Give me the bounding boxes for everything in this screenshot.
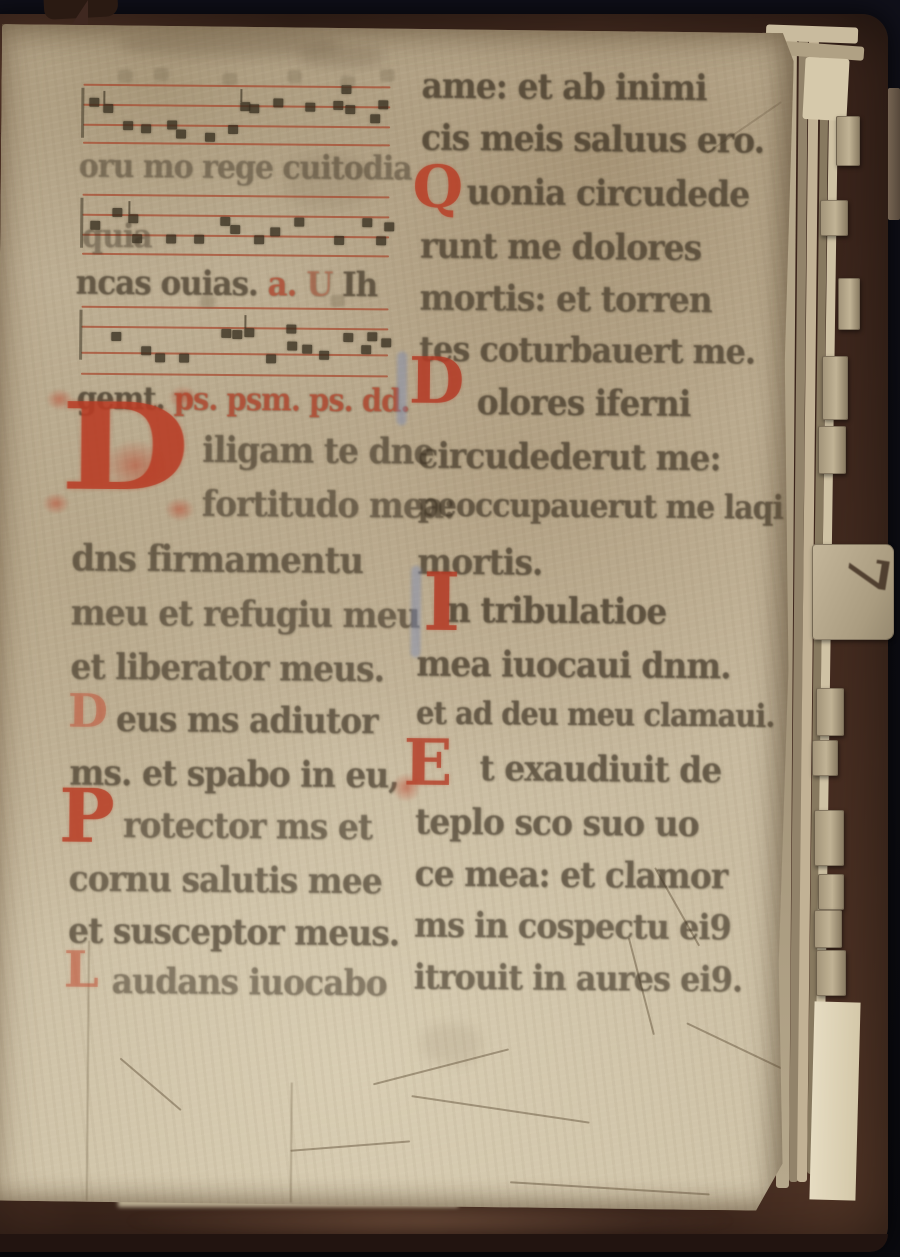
- neume-note: [205, 133, 215, 142]
- text-segment: a.: [267, 265, 306, 304]
- neume-stem: [103, 91, 105, 104]
- music-staff: [82, 194, 390, 277]
- clef-mark: [81, 88, 84, 138]
- parchment-page: oru mo rege cuitodiaquiancas ouias. a. U…: [0, 24, 794, 1211]
- manuscript-text-line: tes coturbauert me.: [419, 332, 755, 369]
- text-segment: ps. psm. ps. dd.: [174, 380, 410, 419]
- neume-ghost: [223, 74, 235, 84]
- neume-note: [132, 234, 142, 243]
- manuscript-text-line: audans iuocabo: [111, 963, 386, 1001]
- parchment-crease: [86, 941, 90, 1201]
- manuscript-text-line: mortis.: [417, 544, 542, 581]
- neume-stem: [240, 89, 242, 102]
- manuscript-text-line: olores iferni: [477, 384, 691, 422]
- staff-line: [82, 234, 389, 239]
- music-staff: [81, 306, 389, 389]
- bottom-right-page-edges: [809, 1001, 860, 1200]
- neume-note: [123, 121, 133, 130]
- staff-line: [83, 84, 390, 89]
- initial-P: P: [59, 787, 115, 848]
- neume-note: [167, 120, 177, 129]
- index-tab: [818, 874, 844, 910]
- manuscript-text-line: cornu salutis mee: [68, 861, 382, 899]
- manuscript-text-line: teplo sco suo uo: [415, 804, 699, 842]
- staff-line: [83, 194, 390, 199]
- manuscript-text-line: meu et refugiu meu: [71, 595, 420, 634]
- neume-note: [367, 332, 377, 341]
- initial-flourish: [102, 439, 167, 492]
- manuscript-text-line: ame: et ab inimi: [421, 68, 706, 106]
- manuscript-text-line: oru mo rege cuitodia: [79, 151, 412, 186]
- parchment-crack: [628, 938, 654, 1035]
- page-content: oru mo rege cuitodiaquiancas ouias. a. U…: [0, 0, 900, 1257]
- neume-stem: [244, 315, 246, 328]
- neume-note: [141, 346, 151, 355]
- initial-flourish: [165, 497, 195, 521]
- neume-note: [286, 324, 296, 333]
- neume-ghost: [332, 296, 344, 306]
- neume-note: [155, 353, 165, 362]
- neume-note: [333, 101, 343, 110]
- neume-note: [384, 222, 394, 231]
- neume-ghost: [341, 77, 353, 87]
- manuscript-text-line: fortitudo mea:: [202, 486, 455, 524]
- manuscript-text-line: mea iuocaui dnm.: [416, 646, 731, 684]
- manuscript-text-line: ms in cospectu ei9: [414, 908, 731, 945]
- clef-mark: [79, 310, 82, 360]
- neume-note: [220, 217, 230, 226]
- parchment-crease: [290, 1083, 293, 1203]
- staff-line: [83, 104, 390, 109]
- neume-note: [381, 338, 391, 347]
- neume-note: [345, 105, 355, 114]
- neume-note: [111, 332, 121, 341]
- neume-note: [228, 125, 238, 134]
- neume-note: [176, 130, 186, 139]
- manuscript-text-line: uonia circudede: [466, 174, 749, 212]
- initial-D: D: [68, 693, 108, 731]
- initial-flourish: [42, 492, 70, 514]
- neume-note: [128, 214, 138, 223]
- index-tab: [836, 116, 860, 166]
- neume-note: [376, 236, 386, 245]
- manuscript-text-line: n tribulatioe: [447, 592, 667, 630]
- manuscript-text-line: iligam te dne: [202, 432, 434, 470]
- initial-E: E: [403, 738, 452, 791]
- neume-note: [230, 225, 240, 234]
- neume-ghost: [202, 297, 214, 307]
- ink-bleedthrough: [300, 45, 384, 68]
- neume-note: [319, 351, 329, 360]
- ink-bleedthrough: [284, 152, 370, 209]
- neume-note: [370, 114, 380, 123]
- staff-line: [82, 306, 389, 311]
- neume-note: [305, 103, 315, 112]
- neume-ghost: [289, 72, 301, 82]
- manuscript-text-line: circudederut me:: [418, 438, 721, 476]
- parchment-crack: [510, 1181, 710, 1195]
- initial-flourish: [391, 773, 421, 803]
- index-tab: 7: [812, 544, 894, 640]
- tab-mark-7: 7: [833, 550, 897, 624]
- manuscript-text-line: peoccupauerut me laqi: [418, 490, 783, 526]
- neume-note: [287, 342, 297, 351]
- staff-line: [81, 352, 388, 357]
- manuscript-text-line: gemt. ps. psm. ps. dd.: [77, 383, 410, 417]
- neume-note: [343, 333, 353, 342]
- initial-I: I: [423, 570, 461, 636]
- neume-note: [141, 124, 151, 133]
- staff-line: [82, 214, 389, 219]
- initial-flourish: [46, 388, 74, 410]
- neume-note: [179, 354, 189, 363]
- parchment-crack: [120, 1058, 182, 1111]
- staff-line: [81, 373, 388, 378]
- parchment-crack: [411, 1095, 589, 1123]
- music-staff: [83, 84, 391, 167]
- manuscript-text-line: runt me dolores: [420, 228, 701, 266]
- stain: [421, 1024, 481, 1065]
- neume-note: [254, 235, 264, 244]
- neume-note: [103, 104, 113, 113]
- neume-note: [89, 98, 99, 107]
- neume-note: [232, 330, 242, 339]
- manuscript-text-line: ce mea: et clamor: [414, 856, 727, 894]
- background-object-sliver: [888, 88, 900, 220]
- parchment-crack: [290, 1140, 410, 1151]
- initial-L: L: [64, 949, 100, 990]
- index-tab: [814, 810, 844, 866]
- text-segment: U: [306, 265, 332, 304]
- initial-Q: Q: [412, 164, 463, 212]
- neume-note: [273, 98, 283, 107]
- index-tab: [820, 200, 848, 236]
- manuscript-text-line: cis meis saluus ero.: [421, 120, 764, 159]
- neume-note: [378, 100, 388, 109]
- top-corner-page-edge: [802, 57, 849, 121]
- index-tab: [816, 688, 844, 736]
- text-segment: gemt.: [77, 379, 174, 417]
- neume-note: [294, 218, 304, 227]
- manuscript-text-line: eus ms adiutor: [116, 701, 378, 739]
- manuscript-text-line: et ad deu meu clamaui.: [416, 698, 775, 732]
- neume-ghost: [156, 69, 168, 79]
- staff-line: [81, 326, 388, 331]
- neume-note: [166, 234, 176, 243]
- index-tab: [814, 910, 842, 948]
- neume-note: [90, 221, 100, 230]
- initial-D: D: [409, 356, 465, 409]
- manuscript-text-line: t exaudiuit de: [479, 750, 721, 788]
- index-tab: [816, 950, 846, 996]
- manuscript-text-line: ms. et spabo in eu,: [69, 755, 399, 794]
- parchment-crack: [707, 101, 782, 153]
- neume-note: [194, 235, 204, 244]
- neume-note: [270, 227, 280, 236]
- neume-note: [341, 85, 351, 94]
- blue-penwork-flourish: [397, 351, 408, 425]
- index-tab: [812, 740, 838, 776]
- manuscript-text-line: itrouit in aures ei9.: [414, 960, 743, 997]
- text-segment: ncas ouias.: [76, 263, 268, 304]
- neume-note: [244, 328, 254, 337]
- neume-note: [362, 218, 372, 227]
- parchment-crack: [373, 1048, 509, 1085]
- clef-mark: [80, 198, 83, 248]
- manuscript-text-line: et susceptor meus.: [68, 913, 399, 952]
- manuscript-text-line: dns firmamentu: [71, 541, 363, 580]
- neume-note: [112, 208, 122, 217]
- neume-stem: [128, 201, 130, 214]
- cover-bottom-edge: [0, 1234, 888, 1252]
- parchment-crack: [655, 867, 701, 946]
- index-tab: [838, 278, 860, 330]
- manuscript-text-line: ncas ouias. a. U Ih: [76, 267, 378, 303]
- staff-line: [83, 142, 390, 147]
- neume-note: [302, 345, 312, 354]
- initial-flourish: [168, 385, 198, 409]
- neume-note: [361, 345, 371, 354]
- text-segment: Ih: [332, 266, 377, 305]
- neume-note: [266, 354, 276, 363]
- neume-note: [240, 102, 250, 111]
- staff-line: [83, 124, 390, 129]
- manuscript-photo: 7 oru mo rege cuitodiaquiancas ouias. a.…: [0, 0, 900, 1257]
- neume-ghost: [382, 70, 394, 80]
- staff-line: [82, 253, 389, 258]
- index-tab: [818, 426, 846, 474]
- neume-note: [334, 236, 344, 245]
- manuscript-text-line: mortis: et torren: [419, 280, 711, 318]
- neume-ghost: [120, 71, 132, 81]
- index-tab: [822, 356, 848, 420]
- ink-bleedthrough: [120, 31, 340, 59]
- manuscript-text-line: et liberator meus.: [70, 649, 384, 687]
- blue-penwork-flourish: [410, 566, 421, 658]
- manuscript-text-line: rotector ms et: [123, 807, 372, 845]
- manuscript-text-line: quia: [82, 221, 152, 254]
- initial-D: D: [60, 399, 191, 499]
- neume-note: [221, 329, 231, 338]
- neume-note: [249, 104, 259, 113]
